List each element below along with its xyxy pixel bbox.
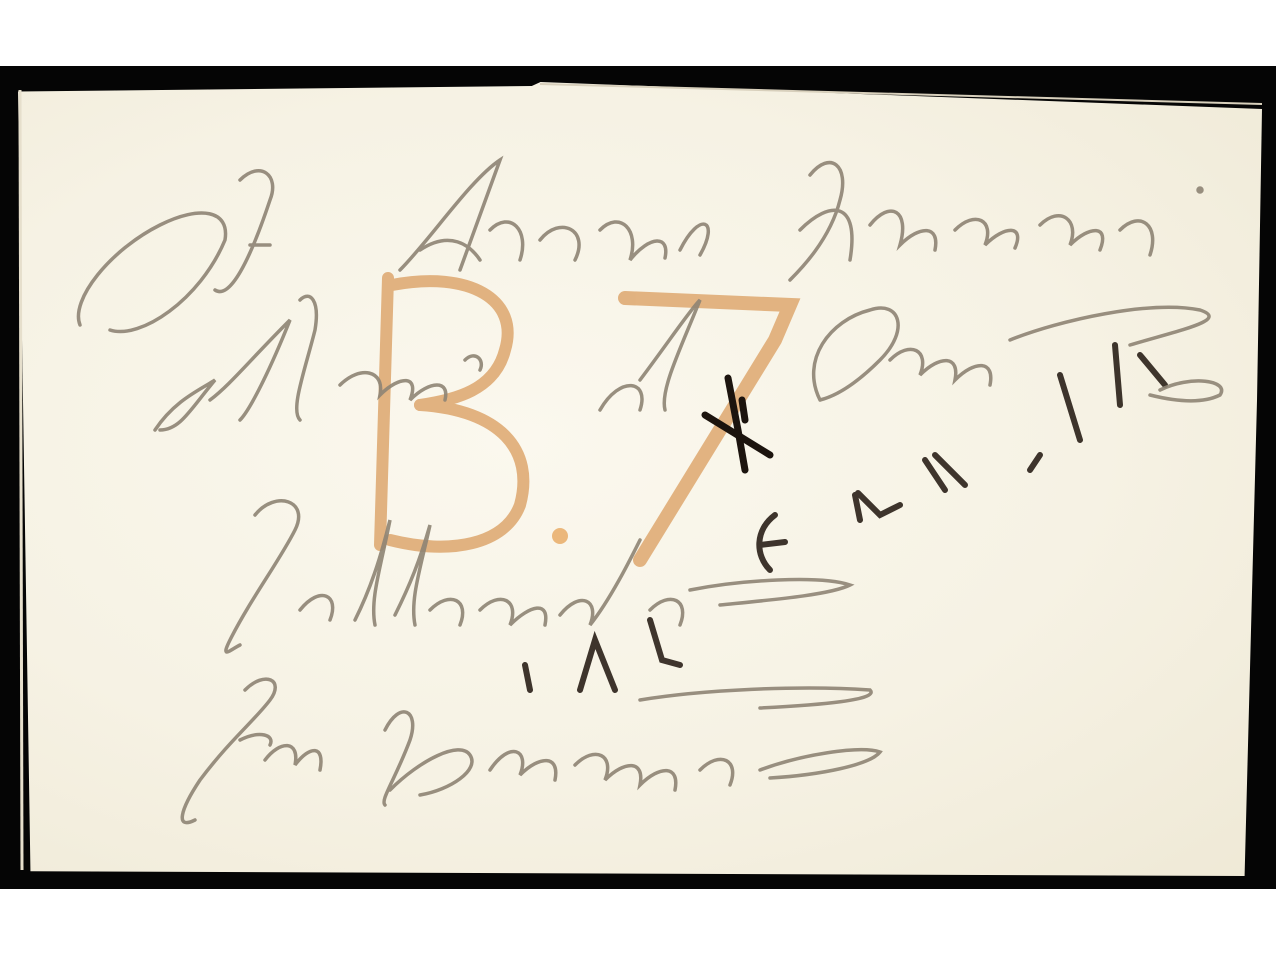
rate-mark-b7 [380,278,790,560]
handwritten-address [78,160,1221,823]
cover-markings [0,0,1276,956]
postmark-valencia [525,345,1165,690]
